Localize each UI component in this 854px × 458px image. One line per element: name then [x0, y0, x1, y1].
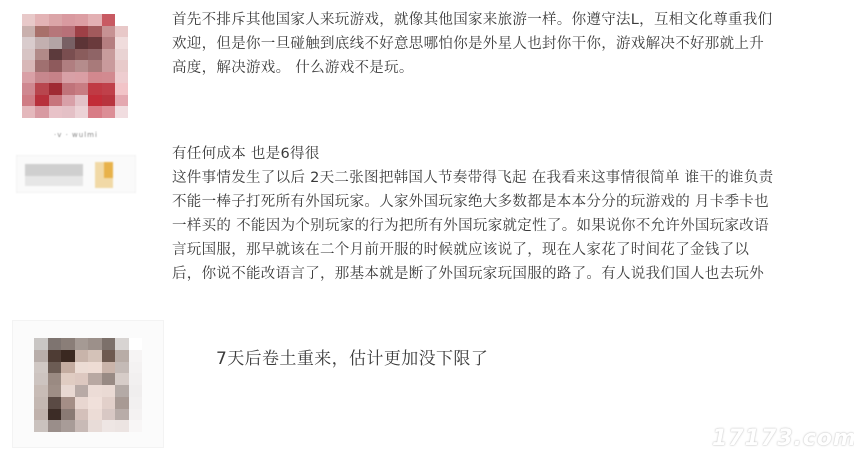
avatar-pixel — [48, 350, 62, 362]
avatar-pixel — [35, 106, 48, 118]
avatar-pixel — [61, 397, 75, 409]
avatar-pixel — [102, 338, 116, 350]
avatar-pixel — [62, 95, 75, 107]
avatar-pixel — [35, 26, 48, 38]
avatar-pixel — [115, 350, 129, 362]
avatar-pixel — [35, 95, 48, 107]
avatar-pixel — [102, 106, 115, 118]
avatar-pixel — [102, 385, 116, 397]
avatar-pixel — [129, 409, 143, 421]
avatar-pixel — [115, 95, 128, 107]
avatar-pixel — [129, 397, 143, 409]
comment-text-1: 首先不排斥其他国家人来玩游戏，就像其他国家来旅游一样。你遵守法L，互相文化尊重我… — [172, 8, 772, 80]
avatar-pixel — [34, 338, 48, 350]
avatar-pixel — [88, 49, 101, 61]
avatar-pixel — [22, 106, 35, 118]
avatar-pixel — [49, 37, 62, 49]
avatar-pixel — [102, 60, 115, 72]
reply-text: 7天后卷土重来，估计更加没下限了 — [216, 344, 488, 369]
avatar-pixel — [129, 338, 143, 350]
watermark-logo: 17173.com — [712, 426, 854, 451]
avatar-pixel — [34, 350, 48, 362]
badge-gold-icon-core — [104, 162, 113, 178]
comment-line: 首先不排斥其他国家人来玩游戏，就像其他国家来旅游一样。你遵守法L，互相文化尊重我… — [172, 8, 772, 32]
avatar-pixel — [35, 49, 48, 61]
avatar-pixel — [115, 362, 129, 374]
avatar-pixel — [88, 362, 102, 374]
avatar-pixel — [62, 83, 75, 95]
avatar-pixel — [49, 14, 62, 26]
avatar-pixel — [102, 37, 115, 49]
avatar-pixel — [75, 409, 89, 421]
avatar-pixel — [62, 49, 75, 61]
badge-blurred — [16, 155, 136, 193]
avatar-pixel — [88, 37, 101, 49]
avatar-pixel — [34, 420, 48, 432]
comment-line: 言玩国服，那早就该在二个月前开服的时候就应该说了，现在人家花了时间花了金钱了以 — [172, 238, 773, 262]
avatar-pixel — [75, 37, 88, 49]
avatar-pixel — [35, 83, 48, 95]
avatar-pixel — [22, 60, 35, 72]
avatar-pixel — [88, 385, 102, 397]
avatar-pixel — [62, 37, 75, 49]
comment-line: 高度，解决游戏。 什么游戏不是玩。 — [172, 56, 772, 80]
avatar-pixel — [35, 37, 48, 49]
avatar-pixel — [115, 338, 129, 350]
avatar-pixel — [115, 409, 129, 421]
avatar-pixel — [102, 350, 116, 362]
comment-line: 欢迎，但是你一旦碰触到底线不好意思哪怕你是外星人也封你干你，游戏解决不好那就上升 — [172, 32, 772, 56]
avatar-pixel — [102, 14, 115, 26]
avatar-pixel — [62, 106, 75, 118]
avatar-pixel — [22, 49, 35, 61]
avatar-pixel — [115, 83, 128, 95]
badge-gray-block-lower — [25, 176, 83, 186]
avatar-pixel — [62, 72, 75, 84]
avatar-pixel — [48, 420, 62, 432]
avatar-pixel — [88, 397, 102, 409]
avatar-pixel — [61, 385, 75, 397]
avatar-pixel — [22, 95, 35, 107]
comment-line: 不能一棒子打死所有外国玩家。人家外国玩家绝大多数都是本本分分的玩游戏的 月卡季卡… — [172, 190, 773, 214]
comment-line: 这件事情发生了以后 2天二张图把韩国人节奏带得飞起 在我看来这事情很简单 谁干的… — [172, 166, 773, 190]
avatar-pixel — [75, 95, 88, 107]
avatar-pixel — [88, 409, 102, 421]
avatar-pixel — [88, 83, 101, 95]
avatar-pixel — [35, 60, 48, 72]
avatar-pixel — [102, 373, 116, 385]
avatar-pixel — [49, 60, 62, 72]
avatar-pixel — [61, 362, 75, 374]
avatar-pixel — [35, 72, 48, 84]
avatar-pixel — [88, 350, 102, 362]
comment-line: 后，你说不能改语言了，那基本就是断了外国玩家玩国服的路了。有人说我们国人也去玩外 — [172, 262, 773, 286]
avatar-pixel — [48, 409, 62, 421]
avatar-pixel — [62, 60, 75, 72]
avatar-pixel — [22, 14, 35, 26]
avatar-pixel — [49, 72, 62, 84]
avatar-pixel — [49, 106, 62, 118]
avatar-pixel — [34, 373, 48, 385]
avatar-pixel — [22, 26, 35, 38]
avatar-3[interactable] — [34, 338, 142, 432]
avatar-pixel — [129, 373, 143, 385]
avatar-pixel — [22, 37, 35, 49]
avatar-pixel — [62, 14, 75, 26]
avatar-1[interactable] — [22, 14, 128, 118]
avatar-pixel — [115, 14, 128, 26]
avatar-pixel — [115, 385, 129, 397]
avatar-pixel — [115, 72, 128, 84]
avatar-pixel — [48, 397, 62, 409]
avatar-pixel — [102, 49, 115, 61]
avatar-pixel — [48, 362, 62, 374]
avatar-pixel — [129, 350, 143, 362]
avatar-pixel — [75, 106, 88, 118]
avatar-pixel — [115, 37, 128, 49]
avatar-pixel — [88, 14, 101, 26]
avatar-pixel — [88, 420, 102, 432]
avatar-pixel — [75, 72, 88, 84]
avatar-pixel — [115, 60, 128, 72]
avatar-pixel — [88, 338, 102, 350]
avatar-pixel — [48, 373, 62, 385]
avatar-pixel — [48, 385, 62, 397]
avatar-pixel — [48, 338, 62, 350]
avatar-pixel — [115, 373, 129, 385]
badge-gray-block — [25, 164, 83, 176]
avatar-pixel — [75, 338, 89, 350]
avatar-pixel — [61, 350, 75, 362]
avatar-pixel — [115, 26, 128, 38]
avatar-pixel — [115, 106, 128, 118]
avatar-pixel — [88, 72, 101, 84]
avatar-pixel — [102, 420, 116, 432]
avatar-pixel — [22, 72, 35, 84]
avatar-pixel — [88, 95, 101, 107]
avatar-pixel — [49, 26, 62, 38]
avatar-pixel — [49, 49, 62, 61]
avatar-pixel — [62, 26, 75, 38]
avatar-pixel — [102, 95, 115, 107]
avatar-pixel — [75, 26, 88, 38]
avatar-pixel — [34, 409, 48, 421]
avatar-pixel — [75, 60, 88, 72]
avatar-pixel — [34, 397, 48, 409]
avatar-pixel — [49, 95, 62, 107]
avatar-pixel — [88, 26, 101, 38]
avatar-pixel — [22, 83, 35, 95]
avatar-pixel — [61, 338, 75, 350]
avatar-pixel — [115, 420, 129, 432]
avatar-pixel — [102, 26, 115, 38]
avatar-pixel — [129, 362, 143, 374]
avatar-pixel — [75, 362, 89, 374]
avatar-pixel — [102, 83, 115, 95]
comment-line: 一样买的 不能因为个别玩家的行为把所有外国玩家就定性了。如果说你不允许外国玩家改… — [172, 214, 773, 238]
comment-line: 有任何成本 也是6得很 — [172, 142, 773, 166]
avatar-pixel — [75, 14, 88, 26]
avatar-pixel — [115, 397, 129, 409]
avatar-pixel — [34, 362, 48, 374]
avatar-pixel — [61, 409, 75, 421]
avatar-pixel — [102, 409, 116, 421]
avatar-pixel — [88, 60, 101, 72]
avatar-pixel — [75, 397, 89, 409]
avatar-pixel — [75, 350, 89, 362]
avatar-pixel — [115, 49, 128, 61]
avatar-pixel — [34, 385, 48, 397]
username-blurred[interactable]: ·v · wulmi — [54, 131, 98, 139]
avatar-pixel — [129, 385, 143, 397]
avatar-pixel — [129, 420, 143, 432]
avatar-pixel — [49, 83, 62, 95]
avatar-pixel — [61, 420, 75, 432]
avatar-pixel — [75, 373, 89, 385]
avatar-pixel — [102, 72, 115, 84]
comment-text-2: 有任何成本 也是6得很 这件事情发生了以后 2天二张图把韩国人节奏带得飞起 在我… — [172, 142, 773, 286]
avatar-pixel — [75, 385, 89, 397]
avatar-pixel — [35, 14, 48, 26]
avatar-pixel — [75, 83, 88, 95]
avatar-pixel — [75, 49, 88, 61]
avatar-pixel — [102, 397, 116, 409]
avatar-pixel — [88, 106, 101, 118]
avatar-pixel — [88, 373, 102, 385]
avatar-pixel — [61, 373, 75, 385]
avatar-pixel — [75, 420, 89, 432]
avatar-pixel — [102, 362, 116, 374]
